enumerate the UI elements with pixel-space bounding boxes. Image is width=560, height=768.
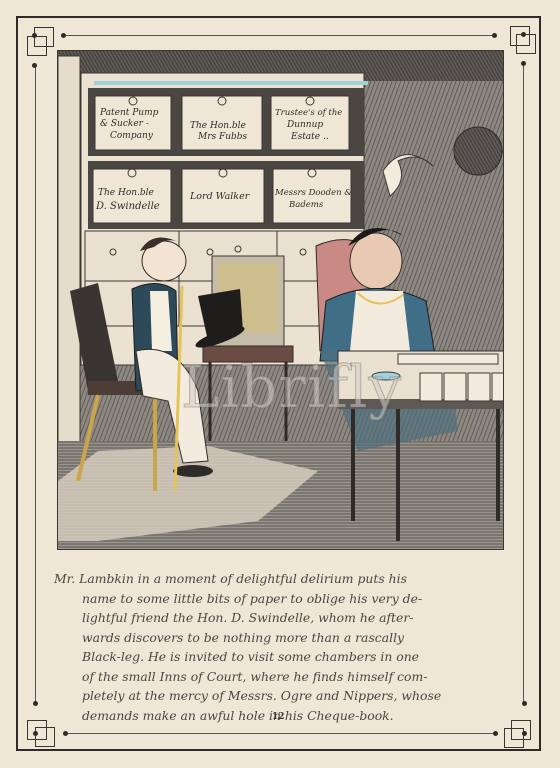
svg-text:The Hon.ble: The Hon.ble xyxy=(98,188,154,198)
caption-line-7: pletely at the mercy of Messrs. Ogre and… xyxy=(54,686,506,706)
caption-line-2: name to some little bits of paper to obl… xyxy=(54,589,506,609)
page-number: 12 xyxy=(272,712,285,722)
inner-rule-right xyxy=(523,64,524,704)
caption-line-3: lightful friend the Hon. D. Swindelle, w… xyxy=(54,608,506,628)
engraving-illustration: Patent Pump & Sucker - Company The Hon.b… xyxy=(57,50,504,550)
svg-text:Badems: Badems xyxy=(288,200,324,210)
illustration-caption: Mr. Lambkin in a moment of delightful de… xyxy=(54,569,506,725)
svg-text:The Hon.ble: The Hon.ble xyxy=(190,121,246,131)
caption-line-6: of the small Inns of Court, where he fin… xyxy=(54,667,506,687)
svg-text:Lord Walker: Lord Walker xyxy=(189,191,251,202)
watermark: Librifly xyxy=(181,353,402,421)
svg-text:Company: Company xyxy=(110,131,154,141)
svg-text:Trustee's of the: Trustee's of the xyxy=(275,108,342,118)
svg-text:Dunnup: Dunnup xyxy=(286,120,323,130)
svg-text:Mrs Fubbs: Mrs Fubbs xyxy=(197,132,248,142)
inner-rule-top xyxy=(64,35,494,36)
caption-line-4: wards discovers to be nothing more than … xyxy=(54,628,506,648)
svg-text:Estate ..: Estate .. xyxy=(290,132,329,142)
inner-rule-left xyxy=(35,65,36,705)
svg-text:Messrs Dooden &: Messrs Dooden & xyxy=(274,188,352,198)
svg-text:& Sucker -: & Sucker - xyxy=(100,119,149,129)
svg-text:D. Swindelle: D. Swindelle xyxy=(95,201,160,212)
inner-rule-bottom xyxy=(66,733,494,734)
caption-line-1: Mr. Lambkin in a moment of delightful de… xyxy=(54,569,506,589)
caption-line-5: Black-leg. He is invited to visit some c… xyxy=(54,647,506,667)
svg-text:Patent Pump: Patent Pump xyxy=(99,108,159,118)
book-page: Patent Pump & Sucker - Company The Hon.b… xyxy=(0,0,560,768)
